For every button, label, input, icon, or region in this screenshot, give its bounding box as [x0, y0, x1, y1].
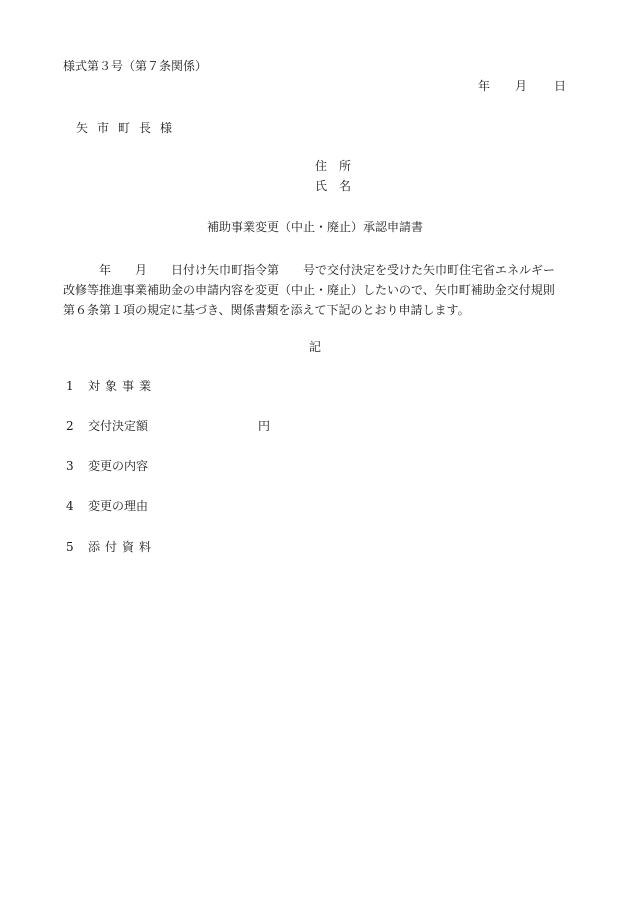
form-number: 様式第３号（第７条関係）: [63, 60, 207, 72]
document-page: 様式第３号（第７条関係） 年 月 日 矢市町長様 住所 氏名 補助事業変更（中止…: [0, 0, 630, 903]
body-line: 改修等推進事業補助金の申請内容を変更（中止・廃止）したいので、矢巾町補助金交付規…: [63, 280, 567, 300]
applicant-address-label: 住所: [315, 160, 375, 172]
item-number: 4: [66, 500, 74, 512]
applicant-name-label: 氏名: [315, 180, 375, 192]
item-number: 5: [66, 541, 74, 553]
item-label: 変更の内容: [88, 460, 148, 472]
item-label: 交付決定額: [88, 420, 148, 432]
body-line: 第６条第１項の規定に基づき、関係書類を添えて下記のとおり申請します。: [63, 300, 567, 320]
date-day-label: 日: [554, 80, 566, 92]
yen-unit: 円: [258, 420, 270, 432]
body-paragraph: 年 月 日付け矢巾町指令第 号で交付決定を受けた矢巾町住宅省エネルギー 改修等推…: [63, 260, 567, 320]
item-number: 3: [66, 460, 74, 472]
date-year-label: 年: [478, 80, 490, 92]
addressee: 矢市町長様: [76, 122, 181, 134]
item-label: 添付資料: [88, 541, 156, 553]
date-month-label: 月: [515, 80, 527, 92]
item-label: 変更の理由: [88, 500, 148, 512]
item-number: 2: [66, 420, 74, 432]
body-line: 年 月 日付け矢巾町指令第 号で交付決定を受けた矢巾町住宅省エネルギー: [63, 260, 567, 280]
item-number: 1: [66, 380, 74, 392]
item-label: 対象事業: [88, 380, 156, 392]
date-field: 年 月 日: [478, 80, 568, 94]
ki-heading: 記: [0, 341, 630, 353]
document-title: 補助事業変更（中止・廃止）承認申請書: [0, 221, 630, 233]
